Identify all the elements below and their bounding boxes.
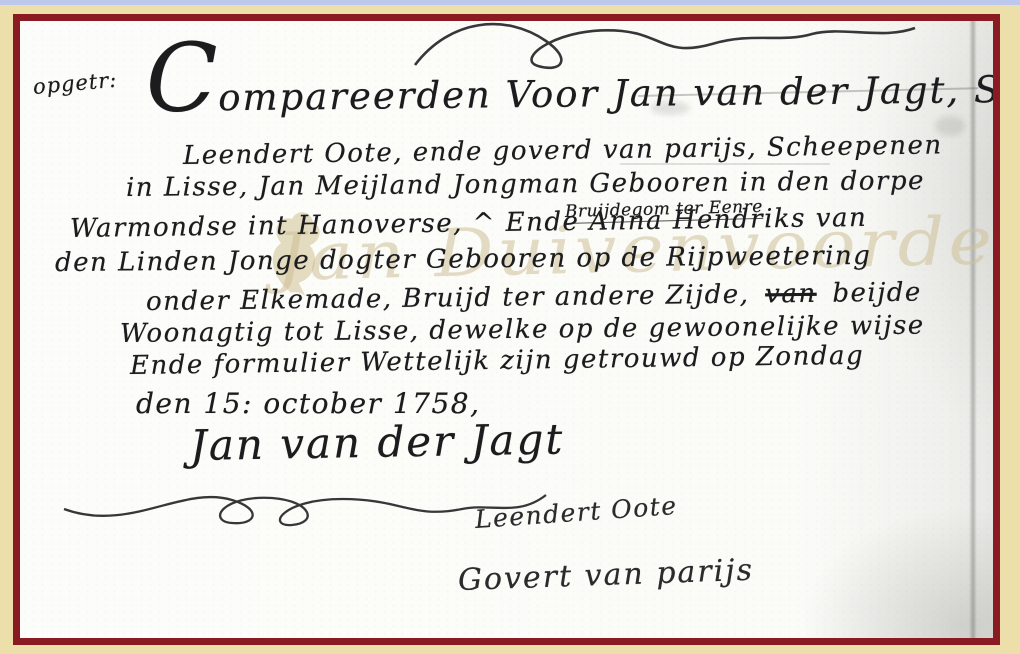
record-line-6-text: onder Elkemade, Bruijd ter andere Zijde, [146, 280, 750, 317]
scanned-document: Jan Duivenvoorden opgetr: Compareerden V… [0, 0, 1020, 654]
record-line-3: in Lisse, Jan Meijland Jongman Gebooren … [126, 166, 925, 203]
record-line-6-struck-word: van [765, 279, 817, 310]
signature-clerk: Jan van der Jagt [190, 414, 565, 470]
record-date-line: den 15: october 1758, [136, 387, 480, 420]
margin-note: opgetr: [32, 68, 118, 99]
record-line-6-end: beijde [832, 278, 922, 309]
document-paper: Jan Duivenvoorden opgetr: Compareerden V… [20, 21, 993, 638]
scan-top-strip [0, 0, 1020, 5]
top-flourish [410, 21, 920, 75]
page-fold-shadow [969, 21, 977, 638]
record-line-1: Compareerden Voor Jan van der Jagt, Scho… [146, 67, 993, 120]
signature-witness-2: Govert van parijs [457, 553, 754, 598]
document-frame: Jan Duivenvoorden opgetr: Compareerden V… [13, 14, 1000, 645]
